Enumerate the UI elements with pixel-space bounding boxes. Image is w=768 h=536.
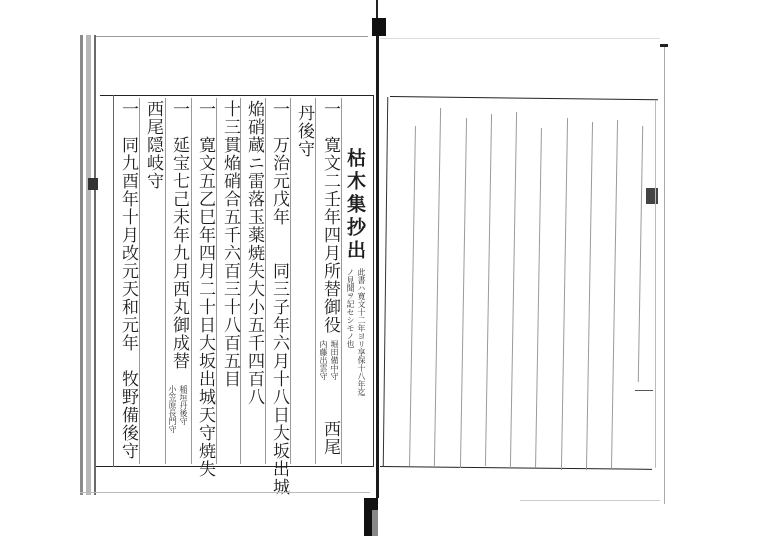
spine-bottom-shade — [372, 510, 378, 536]
left-page-bottom-edge — [80, 492, 370, 493]
left-frame-bottom — [96, 466, 374, 467]
entry-column-7: 一 延宝七己未年九月西丸御成替 — [169, 100, 189, 370]
entry-column-9: 一 同九酉年十月改元天和元年 牧野備後守 — [118, 100, 138, 460]
right-column-rule — [586, 122, 593, 470]
left-frame-right — [373, 95, 374, 467]
right-frame-top — [390, 96, 658, 100]
entry-column-1-note-b: 内藤出雲守 — [319, 340, 328, 380]
spine-line — [376, 36, 379, 498]
left-frame-left — [113, 95, 114, 467]
right-frame-right — [655, 100, 656, 468]
column-rule — [139, 98, 140, 464]
right-frame-step — [635, 390, 653, 391]
right-column-rule — [485, 114, 492, 466]
right-frame-left — [383, 97, 389, 467]
title-note-line2: ノ見聞ヲ記セシモノ也 — [346, 268, 355, 348]
spine-top-marker — [372, 18, 386, 36]
column-rule — [216, 98, 217, 464]
column-rule — [240, 98, 241, 464]
right-column-rule — [611, 120, 618, 470]
entry-column-5: 十三貫焔硝合五千六百三十八百五目 — [220, 100, 240, 388]
left-page-top-edge — [96, 36, 368, 37]
document-title: 枯木集抄出 — [344, 148, 366, 263]
entry-column-1: 一 寛文二壬年四月所替御役 — [320, 100, 340, 334]
entry-column-3: 一 万治元戊年 同三子年六月十八日大坂出城 — [269, 100, 289, 496]
left-page-binding-edge — [80, 35, 83, 495]
left-page-binding-edge-line — [94, 35, 96, 495]
right-page-top-tick — [660, 44, 668, 47]
column-rule — [290, 98, 291, 464]
right-page-top-edge — [380, 38, 660, 39]
entry-column-1-note-a: 堀田備中守 — [330, 340, 339, 380]
column-rule — [265, 98, 266, 464]
entry-column-8: 西尾隠岐守 — [143, 100, 163, 190]
right-column-rule — [638, 126, 643, 382]
left-frame-top — [100, 95, 374, 96]
entry-column-6: 一 寛文五乙巳年四月二十日大坂出城天守焼失 — [195, 100, 215, 478]
right-column-rule — [535, 128, 542, 468]
right-column-rule — [434, 108, 441, 466]
left-page-binding-edge-inner — [86, 35, 91, 495]
left-page-tab-mark — [88, 178, 98, 190]
column-rule — [165, 98, 166, 464]
column-rule — [341, 98, 342, 464]
entry-column-7-note-b: 小笠原長門守 — [168, 385, 177, 433]
entry-column-4: 焔硝蔵ニ雷落玉薬焼失大小五千四百八 — [244, 100, 264, 406]
right-page-tab-mark — [646, 188, 658, 204]
title-note-line1: 此書ハ寛文十二年ヨリ享保十八年迄 — [357, 268, 366, 396]
right-page-outer-edge — [664, 44, 665, 504]
entry-column-2: 丹後守 — [294, 104, 314, 158]
right-page-bottom-edge — [520, 500, 660, 501]
right-column-rule — [561, 118, 568, 470]
right-column-rule — [409, 126, 416, 466]
entry-column-1-tail: 西尾 — [320, 420, 340, 456]
right-column-rule — [460, 118, 467, 468]
column-rule — [191, 98, 192, 464]
right-column-rule — [510, 112, 517, 468]
entry-column-7-note-a: 稲垣丹後守 — [179, 385, 188, 425]
spine-top-line — [376, 0, 378, 18]
column-rule — [315, 98, 316, 464]
